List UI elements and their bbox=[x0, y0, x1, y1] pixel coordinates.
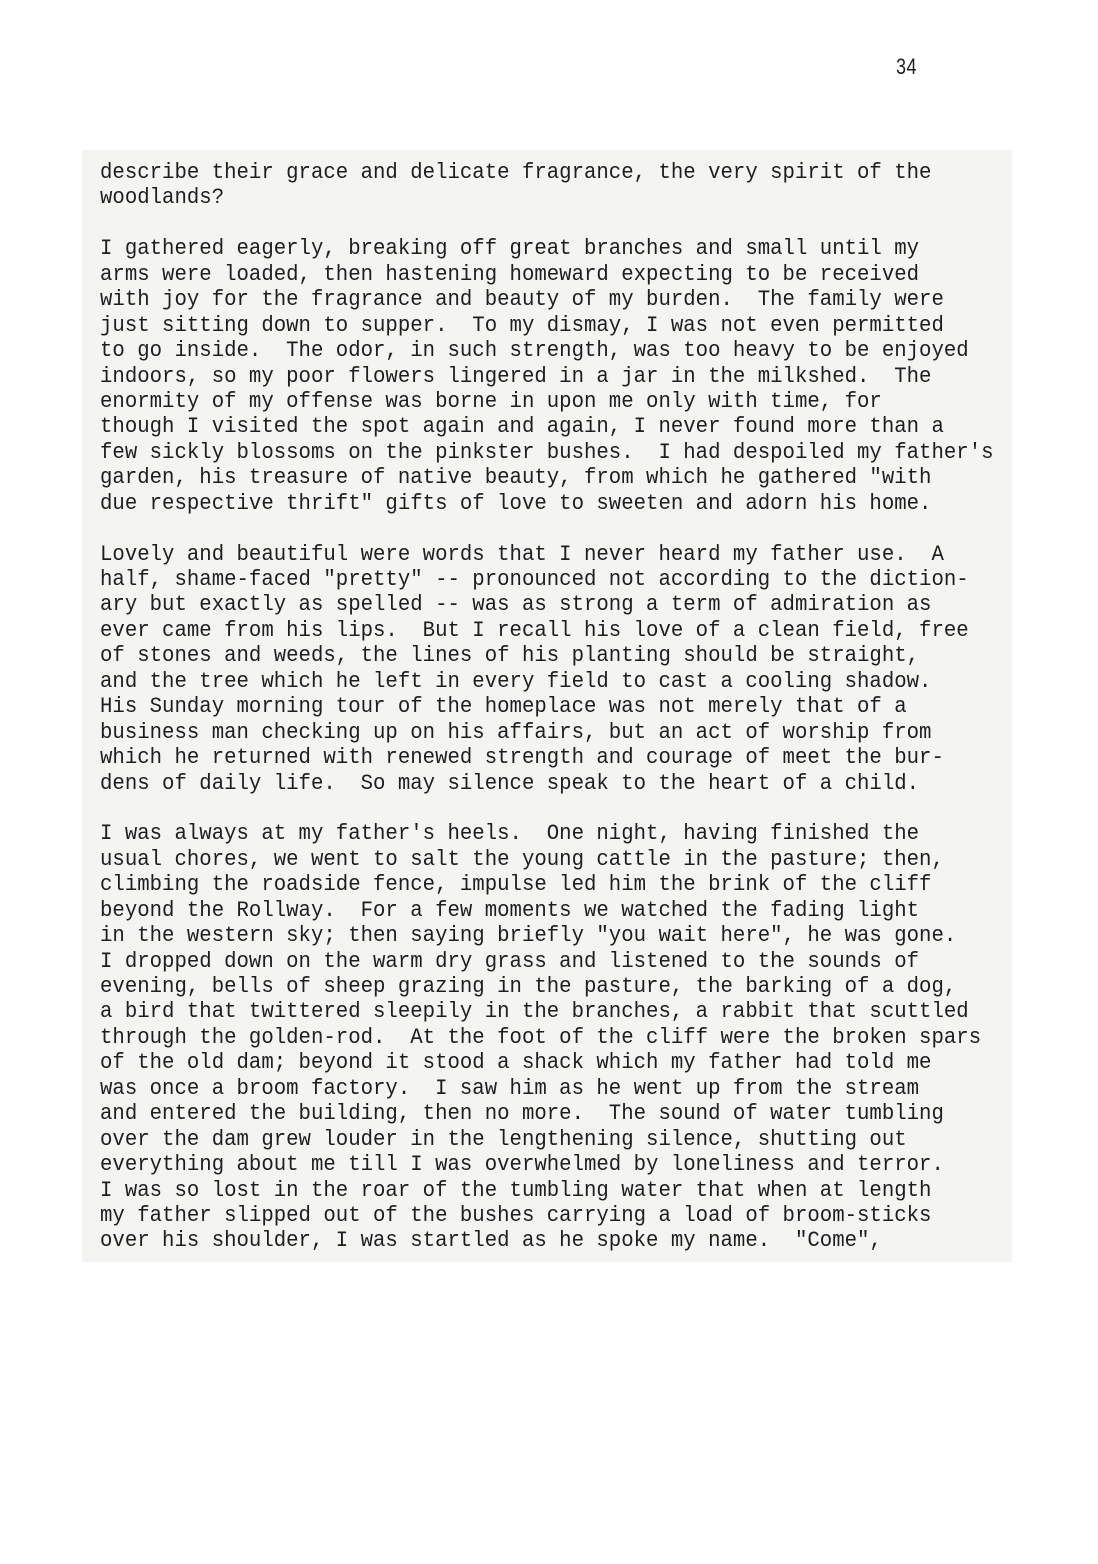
text-line: ary but exactly as spelled -- was as str… bbox=[100, 592, 994, 617]
text-line: I gathered eagerly, breaking off great b… bbox=[100, 236, 994, 261]
text-line: in the western sky; then saying briefly … bbox=[100, 923, 994, 948]
text-line: beyond the Rollway. For a few moments we… bbox=[100, 898, 994, 923]
text-line: my father slipped out of the bushes carr… bbox=[100, 1203, 994, 1228]
text-line: to go inside. The odor, in such strength… bbox=[100, 338, 994, 363]
text-line: everything about me till I was overwhelm… bbox=[100, 1152, 994, 1177]
text-line: of stones and weeds, the lines of his pl… bbox=[100, 643, 994, 668]
text-line: indoors, so my poor flowers lingered in … bbox=[100, 364, 994, 389]
paragraph: I gathered eagerly, breaking off great b… bbox=[100, 236, 994, 516]
text-line: and the tree which he left in every fiel… bbox=[100, 669, 994, 694]
text-line: garden, his treasure of native beauty, f… bbox=[100, 465, 994, 490]
text-line: few sickly blossoms on the pinkster bush… bbox=[100, 440, 994, 465]
text-line: with joy for the fragrance and beauty of… bbox=[100, 287, 994, 312]
paragraph: I was always at my father's heels. One n… bbox=[100, 821, 994, 1253]
text-line: describe their grace and delicate fragra… bbox=[100, 160, 994, 185]
text-line: I dropped down on the warm dry grass and… bbox=[100, 949, 994, 974]
text-line: just sitting down to supper. To my disma… bbox=[100, 313, 994, 338]
text-line: due respective thrift" gifts of love to … bbox=[100, 491, 994, 516]
paragraph: describe their grace and delicate fragra… bbox=[100, 160, 994, 211]
text-line: was once a broom factory. I saw him as h… bbox=[100, 1076, 994, 1101]
text-line: I was always at my father's heels. One n… bbox=[100, 821, 994, 846]
text-line: which he returned with renewed strength … bbox=[100, 745, 994, 770]
text-line: over the dam grew louder in the lengthen… bbox=[100, 1127, 994, 1152]
text-line: arms were loaded, then hastening homewar… bbox=[100, 262, 994, 287]
text-line: usual chores, we went to salt the young … bbox=[100, 847, 994, 872]
text-line: woodlands? bbox=[100, 185, 994, 210]
text-line: half, shame-faced "pretty" -- pronounced… bbox=[100, 567, 994, 592]
body-text: describe their grace and delicate fragra… bbox=[100, 160, 994, 1279]
text-line: I was so lost in the roar of the tumblin… bbox=[100, 1178, 994, 1203]
text-line: dens of daily life. So may silence speak… bbox=[100, 771, 994, 796]
text-line: though I visited the spot again and agai… bbox=[100, 414, 994, 439]
text-line: of the old dam; beyond it stood a shack … bbox=[100, 1050, 994, 1075]
text-line: enormity of my offense was borne in upon… bbox=[100, 389, 994, 414]
text-line: and entered the building, then no more. … bbox=[100, 1101, 994, 1126]
text-line: climbing the roadside fence, impulse led… bbox=[100, 872, 994, 897]
text-line: His Sunday morning tour of the homeplace… bbox=[100, 694, 994, 719]
text-line: through the golden-rod. At the foot of t… bbox=[100, 1025, 994, 1050]
text-line: a bird that twittered sleepily in the br… bbox=[100, 999, 994, 1024]
text-line: ever came from his lips. But I recall hi… bbox=[100, 618, 994, 643]
text-line: over his shoulder, I was startled as he … bbox=[100, 1228, 994, 1253]
text-line: business man checking up on his affairs,… bbox=[100, 720, 994, 745]
page-number: 34 bbox=[896, 54, 917, 80]
text-line: evening, bells of sheep grazing in the p… bbox=[100, 974, 994, 999]
paragraph: Lovely and beautiful were words that I n… bbox=[100, 542, 994, 796]
text-line: Lovely and beautiful were words that I n… bbox=[100, 542, 994, 567]
